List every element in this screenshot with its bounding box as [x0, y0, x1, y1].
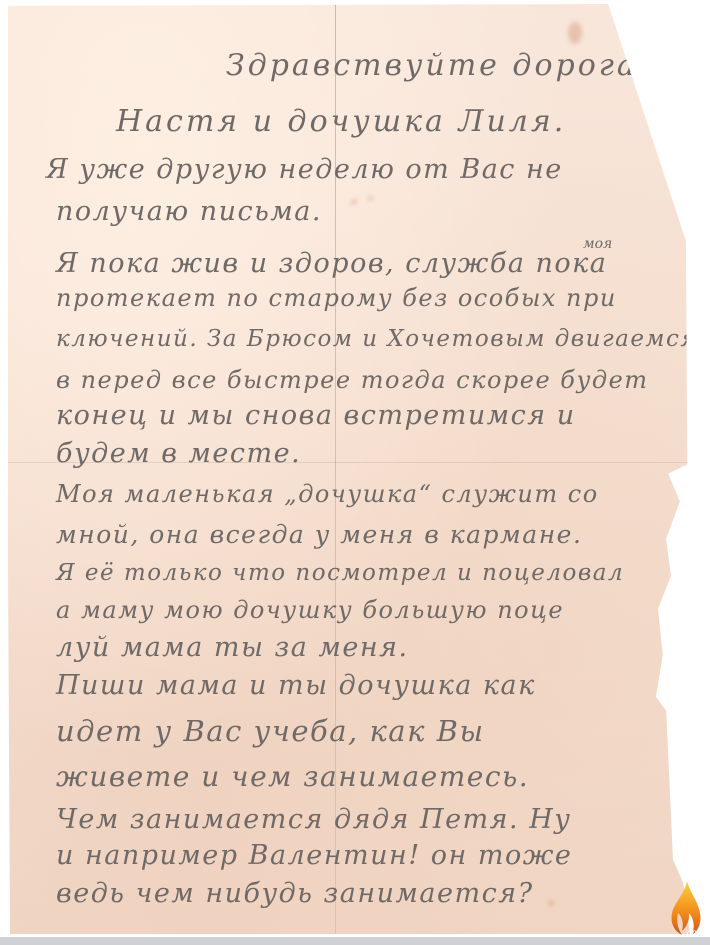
paragraph-1-line-2: получаю письма.: [56, 196, 322, 227]
paragraph-2-line-2: протекает по старому без особых при: [56, 284, 617, 312]
scan-bottom-strip: [0, 937, 710, 945]
paragraph-2-line-3: ключений. За Брюсом и Хочетовым двигаемс…: [56, 326, 697, 352]
paragraph-2-line-5: конец и мы снова встретимся и: [56, 400, 576, 431]
greeting-line-2: Настя и дочушка Лиля.: [116, 104, 566, 139]
paragraph-4-line-1: Пиши мама и ты дочушка как: [56, 670, 536, 701]
paragraph-4-line-5: и например Валентин! он тоже: [56, 840, 572, 871]
paragraph-4-line-4: Чем занимается дядя Петя. Ну: [56, 804, 571, 835]
paragraph-4-line-6: ведь чем нибудь занимается?: [56, 878, 534, 909]
stain: [675, 104, 685, 126]
paragraph-3-line-1: Моя маленькая „дочушка“ служит со: [56, 480, 599, 508]
paragraph-1-line-1: Я уже другую неделю от Вас не: [46, 154, 563, 185]
paragraph-3-line-3: Я её только что посмотрел и поцеловал: [56, 560, 624, 586]
letter-text: Здравствуйте дорогая Настя и дочушка Лил…: [8, 4, 690, 934]
scanned-letter: Здравствуйте дорогая Настя и дочушка Лил…: [0, 0, 710, 945]
paragraph-4-line-3: живете и чем занимаетесь.: [56, 760, 529, 793]
greeting-line-1: Здравствуйте дорогая: [226, 48, 661, 83]
watermark-label: сдрі: [687, 928, 704, 937]
paragraph-3-line-5: луй мама ты за меня.: [56, 632, 409, 663]
paragraph-2-line-1: Я пока жив и здоров, служба пока: [56, 248, 607, 279]
paragraph-2-line-4: в перед все быстрее тогда скорее будет: [56, 366, 649, 394]
letter-paper: Здравствуйте дорогая Настя и дочушка Лил…: [8, 4, 690, 934]
paragraph-3-line-4: а маму мою дочушку большую поце: [56, 596, 564, 624]
paragraph-3-line-2: мной, она всегда у меня в кармане.: [56, 520, 582, 549]
paragraph-2-line-6: будем в месте.: [56, 438, 301, 469]
paragraph-4-line-2: идет у Вас учеба, как Вы: [56, 714, 485, 748]
